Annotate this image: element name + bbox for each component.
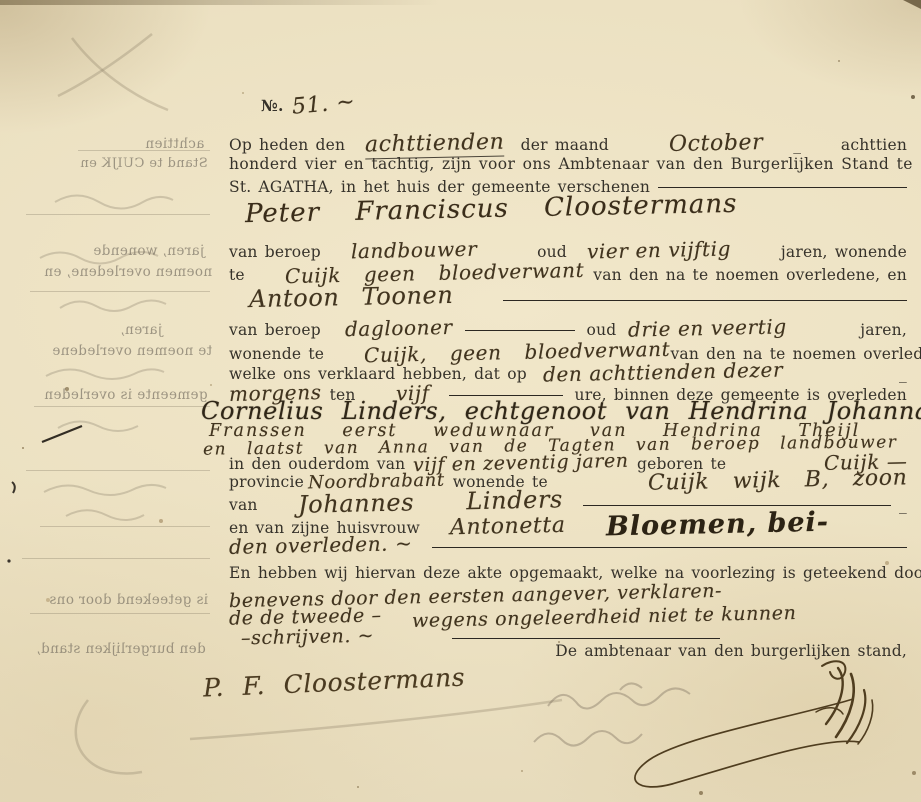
foxing-specks (0, 0, 2, 2)
death-certificate-page: achttien Stand te CUIJK en jaren, wonend… (0, 0, 921, 802)
scan-top-edge-shadow (0, 0, 440, 5)
official-signature-flourish (0, 0, 921, 802)
